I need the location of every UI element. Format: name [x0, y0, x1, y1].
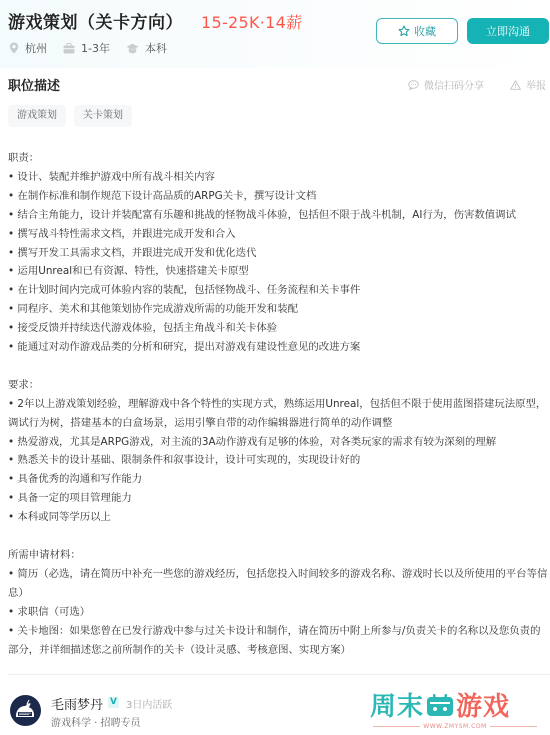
gamepad-calendar-icon: [425, 692, 455, 718]
share-label: 微信扫码分享: [424, 77, 484, 92]
duty-item: • 在制作标准和制作规范下设计高品质的ARPG关卡，撰写设计文档: [8, 187, 548, 206]
favorite-label: 收藏: [414, 23, 436, 39]
recruiter-company-role: 游戏科学 · 招聘专员: [51, 714, 141, 729]
tag-game-design: 游戏策划: [8, 105, 66, 127]
chat-bubble-icon: [408, 80, 419, 90]
duty-item: • 撰写战斗特性需求文档，并跟进完成开发和合入: [8, 225, 548, 244]
divider: [8, 674, 550, 675]
requirement-item: • 具备一定的项目管理能力: [8, 489, 548, 508]
job-title: 游戏策划（关卡方向）: [8, 8, 183, 33]
section-title: 职位描述: [8, 75, 60, 94]
requirement-item: • 本科或同等学历以上: [8, 508, 548, 527]
education: 本科: [126, 40, 167, 56]
duties-heading: 职责：: [8, 149, 548, 168]
material-item: • 求职信（可选）: [8, 603, 548, 622]
watermark-url-text: WWW.ZMYSM.COM: [423, 723, 486, 730]
report-link[interactable]: 举报: [510, 77, 546, 92]
material-item: • 关卡地图：如果您曾在已发行游戏中参与过关卡设计和制作，请在简历中附上所参与/…: [8, 622, 548, 660]
materials-heading: 所需申请材料：: [8, 546, 548, 565]
experience-text: 1-3年: [81, 40, 110, 56]
requirements-heading: 要求：: [8, 376, 548, 395]
duty-item: • 接受反馈并持续迭代游戏体验，包括主角战斗和关卡体验: [8, 319, 548, 338]
verified-badge-icon: V: [108, 697, 119, 708]
duty-item: • 运用Unreal和已有资源、特性，快速搭建关卡原型: [8, 262, 548, 281]
location-text: 杭州: [25, 40, 47, 56]
location-pin-icon: [9, 42, 19, 54]
recruiter-name: 毛雨梦丹: [51, 694, 103, 713]
job-description: 职责： • 设计、装配并维护游戏中所有战斗相关内容 • 在制作标准和制作规范下设…: [8, 149, 548, 659]
warning-triangle-icon: [510, 80, 521, 90]
salary: 15-25K·14薪: [201, 10, 302, 33]
active-status: 3日内活跃: [126, 696, 172, 711]
favorite-button[interactable]: 收藏: [376, 18, 458, 44]
duty-item: • 撰写开发工具需求文档，并跟进完成开发和优化迭代: [8, 244, 548, 263]
experience: 1-3年: [63, 40, 110, 56]
chat-now-label: 立即沟通: [486, 23, 530, 39]
tag-level-design: 关卡策划: [74, 105, 132, 127]
chat-now-button[interactable]: 立即沟通: [467, 18, 549, 44]
briefcase-icon: [63, 43, 75, 54]
watermark-text: 周末 游戏: [370, 686, 540, 723]
job-tags: 游戏策划 关卡策划: [8, 105, 140, 127]
duty-item: • 能通过对动作游戏品类的分析和研究，提出对游戏有建设性意见的改进方案: [8, 338, 548, 357]
requirement-item: • 具备优秀的沟通和写作能力: [8, 470, 548, 489]
watermark-url: WWW.ZMYSM.COM: [370, 723, 540, 730]
job-meta: 杭州 1-3年 本科: [9, 40, 183, 56]
wechat-share-link[interactable]: 微信扫码分享: [408, 77, 484, 92]
education-text: 本科: [145, 40, 167, 56]
title-row: 游戏策划（关卡方向） 15-25K·14薪: [8, 8, 302, 33]
watermark-cyan-text: 周末: [370, 686, 424, 723]
watermark-red-text: 游戏: [456, 686, 510, 723]
report-label: 举报: [526, 77, 546, 92]
graduation-cap-icon: [126, 43, 139, 54]
recruiter-avatar[interactable]: [10, 695, 41, 726]
star-icon: [398, 25, 410, 37]
watermark-logo: 周末 游戏 WWW.ZMYSM.COM: [370, 686, 540, 731]
location: 杭州: [9, 40, 47, 56]
requirement-item: • 热爱游戏，尤其是ARPG游戏，对主流的3A动作游戏有足够的体验，对各类玩家的…: [8, 433, 548, 452]
requirement-item: • 熟悉关卡的设计基础、限制条件和叙事设计，设计可实现的，实现设计好的: [8, 451, 548, 470]
duty-item: • 设计、装配并维护游戏中所有战斗相关内容: [8, 168, 548, 187]
duty-item: • 同程序、美术和其他策划协作完成游戏所需的功能开发和装配: [8, 300, 548, 319]
job-header: 游戏策划（关卡方向） 15-25K·14薪 杭州 1-3年 本科 收藏 立即沟通: [0, 0, 550, 68]
requirement-item: • 2年以上游戏策划经验，理解游戏中各个特性的实现方式，熟练运用Unreal，包…: [8, 395, 548, 433]
duty-item: • 在计划时间内完成可体验内容的装配，包括怪物战斗、任务流程和关卡事件: [8, 281, 548, 300]
company-logo-icon: [10, 695, 41, 726]
duty-item: • 结合主角能力，设计并装配富有乐趣和挑战的怪物战斗体验，包括但不限于战斗机制，…: [8, 206, 548, 225]
material-item: • 简历（必选，请在简历中补充一些您的游戏经历，包括您投入时间较多的游戏名称、游…: [8, 565, 548, 603]
